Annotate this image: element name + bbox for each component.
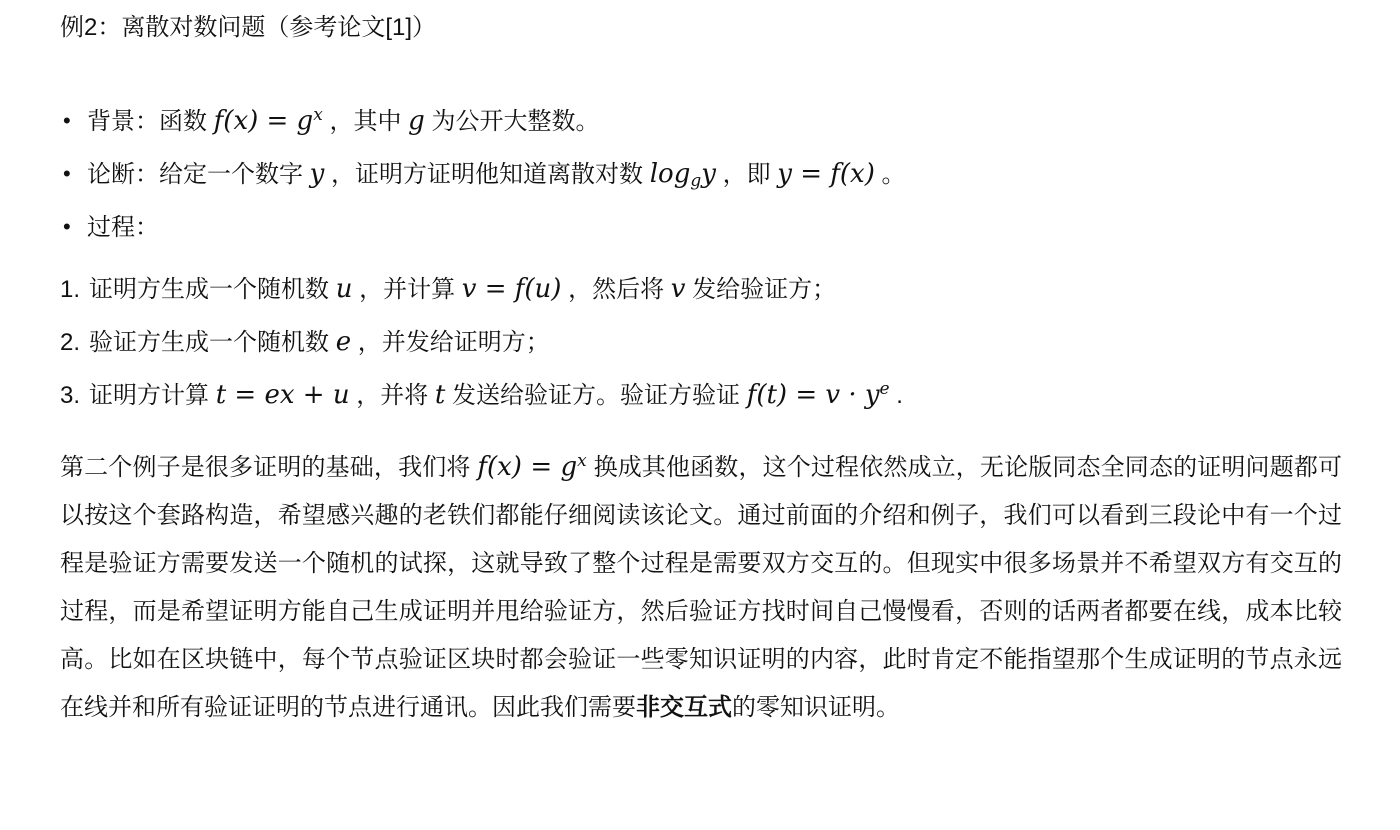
step-text: 证明方生成一个随机数 u ，并计算 v = f(u) ，然后将 v 发给验证方；: [89, 276, 836, 303]
bullet-item-process: • 过程：: [60, 210, 1342, 246]
bullet-item-claim: • 论断：给定一个数字 y ，证明方证明他知道离散对数 loggy ，即 y =…: [60, 157, 1342, 193]
bullet-text: 背景：函数 f(x) = gx ，其中 g 为公开大整数。: [87, 108, 599, 135]
protocol-step-2: 2.验证方生成一个随机数 e ，并发给证明方；: [60, 325, 1342, 361]
document-page: 例2：离散对数问题（参考论文[1]） • 背景：函数 f(x) = gx ，其中…: [0, 0, 1400, 732]
protocol-step-list: 1.证明方生成一个随机数 u ，并计算 v = f(u) ，然后将 v 发给验证…: [60, 272, 1342, 414]
step-number: 1.: [60, 276, 80, 303]
bullet-list: • 背景：函数 f(x) = gx ，其中 g 为公开大整数。 • 论断：给定一…: [60, 104, 1342, 246]
step-number: 3.: [60, 382, 80, 409]
body-paragraph: 第二个例子是很多证明的基础，我们将 f(x) = gx 换成其他函数，这个过程依…: [60, 444, 1342, 732]
step-number: 2.: [60, 329, 80, 356]
protocol-step-3: 3.证明方计算 t = ex + u ，并将 t 发送给验证方。验证方验证 f(…: [60, 378, 1342, 414]
bullet-icon: •: [63, 103, 71, 139]
step-text: 验证方生成一个随机数 e ，并发给证明方；: [89, 329, 550, 356]
step-text: 证明方计算 t = ex + u ，并将 t 发送给验证方。验证方验证 f(t)…: [89, 382, 903, 409]
bullet-text: 过程：: [87, 214, 159, 241]
bullet-icon: •: [63, 209, 71, 245]
page-title: 例2：离散对数问题（参考论文[1]）: [60, 10, 1342, 46]
bullet-icon: •: [63, 156, 71, 192]
bullet-text: 论断：给定一个数字 y ，证明方证明他知道离散对数 loggy ，即 y = f…: [87, 161, 906, 188]
protocol-step-1: 1.证明方生成一个随机数 u ，并计算 v = f(u) ，然后将 v 发给验证…: [60, 272, 1342, 308]
bullet-item-background: • 背景：函数 f(x) = gx ，其中 g 为公开大整数。: [60, 104, 1342, 140]
